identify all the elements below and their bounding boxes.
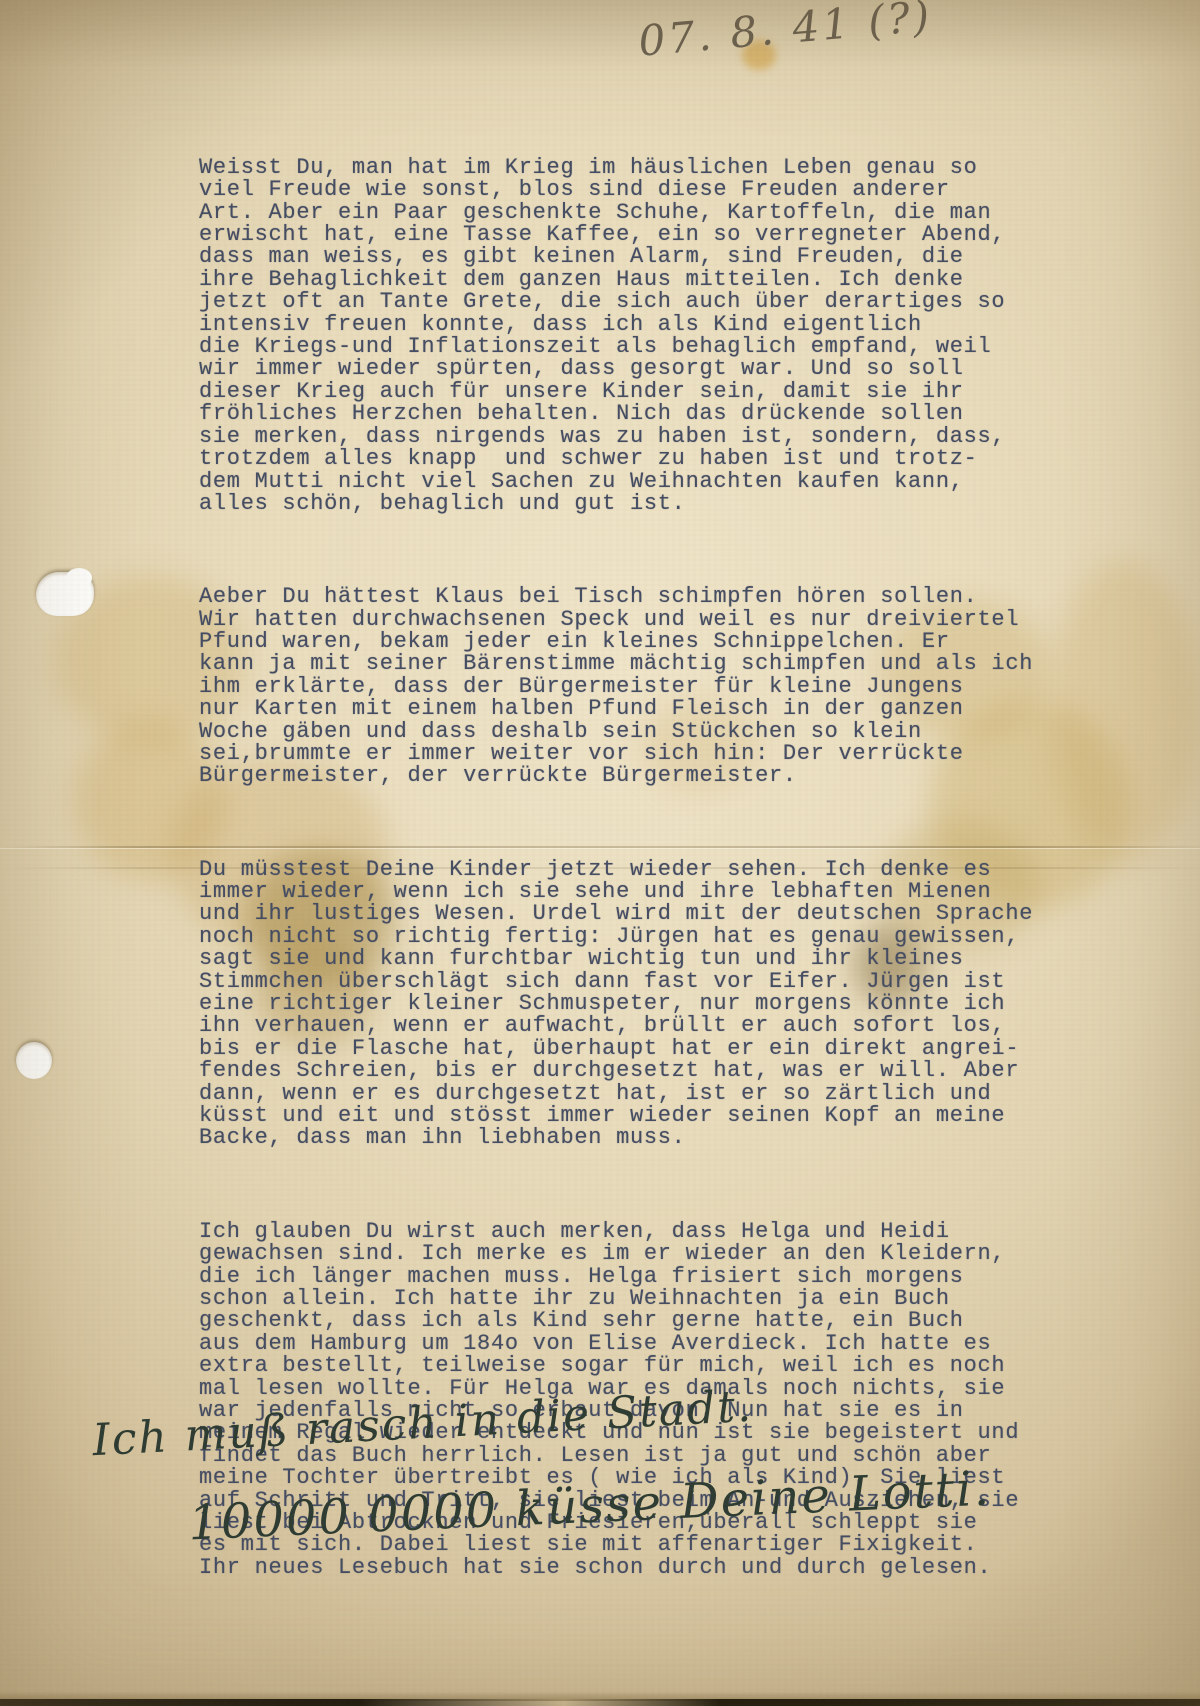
typed-paragraph-3: Du müsstest Deine Kinder jetzt wieder se…	[199, 859, 1079, 1150]
punch-hole-top	[36, 572, 94, 616]
paper-bottom-edge	[0, 1699, 1200, 1706]
punch-hole-bottom	[16, 1042, 52, 1079]
typed-paragraph-2: Aeber Du hättest Klaus bei Tisch schimpf…	[199, 586, 1079, 788]
handwritten-date: 07. 8. 41 (?)	[636, 0, 934, 66]
scanned-letter-page: 07. 8. 41 (?) Weisst Du, man hat im Krie…	[0, 0, 1200, 1706]
typed-paragraph-1: Weisst Du, man hat im Krieg im häusliche…	[199, 157, 1079, 516]
